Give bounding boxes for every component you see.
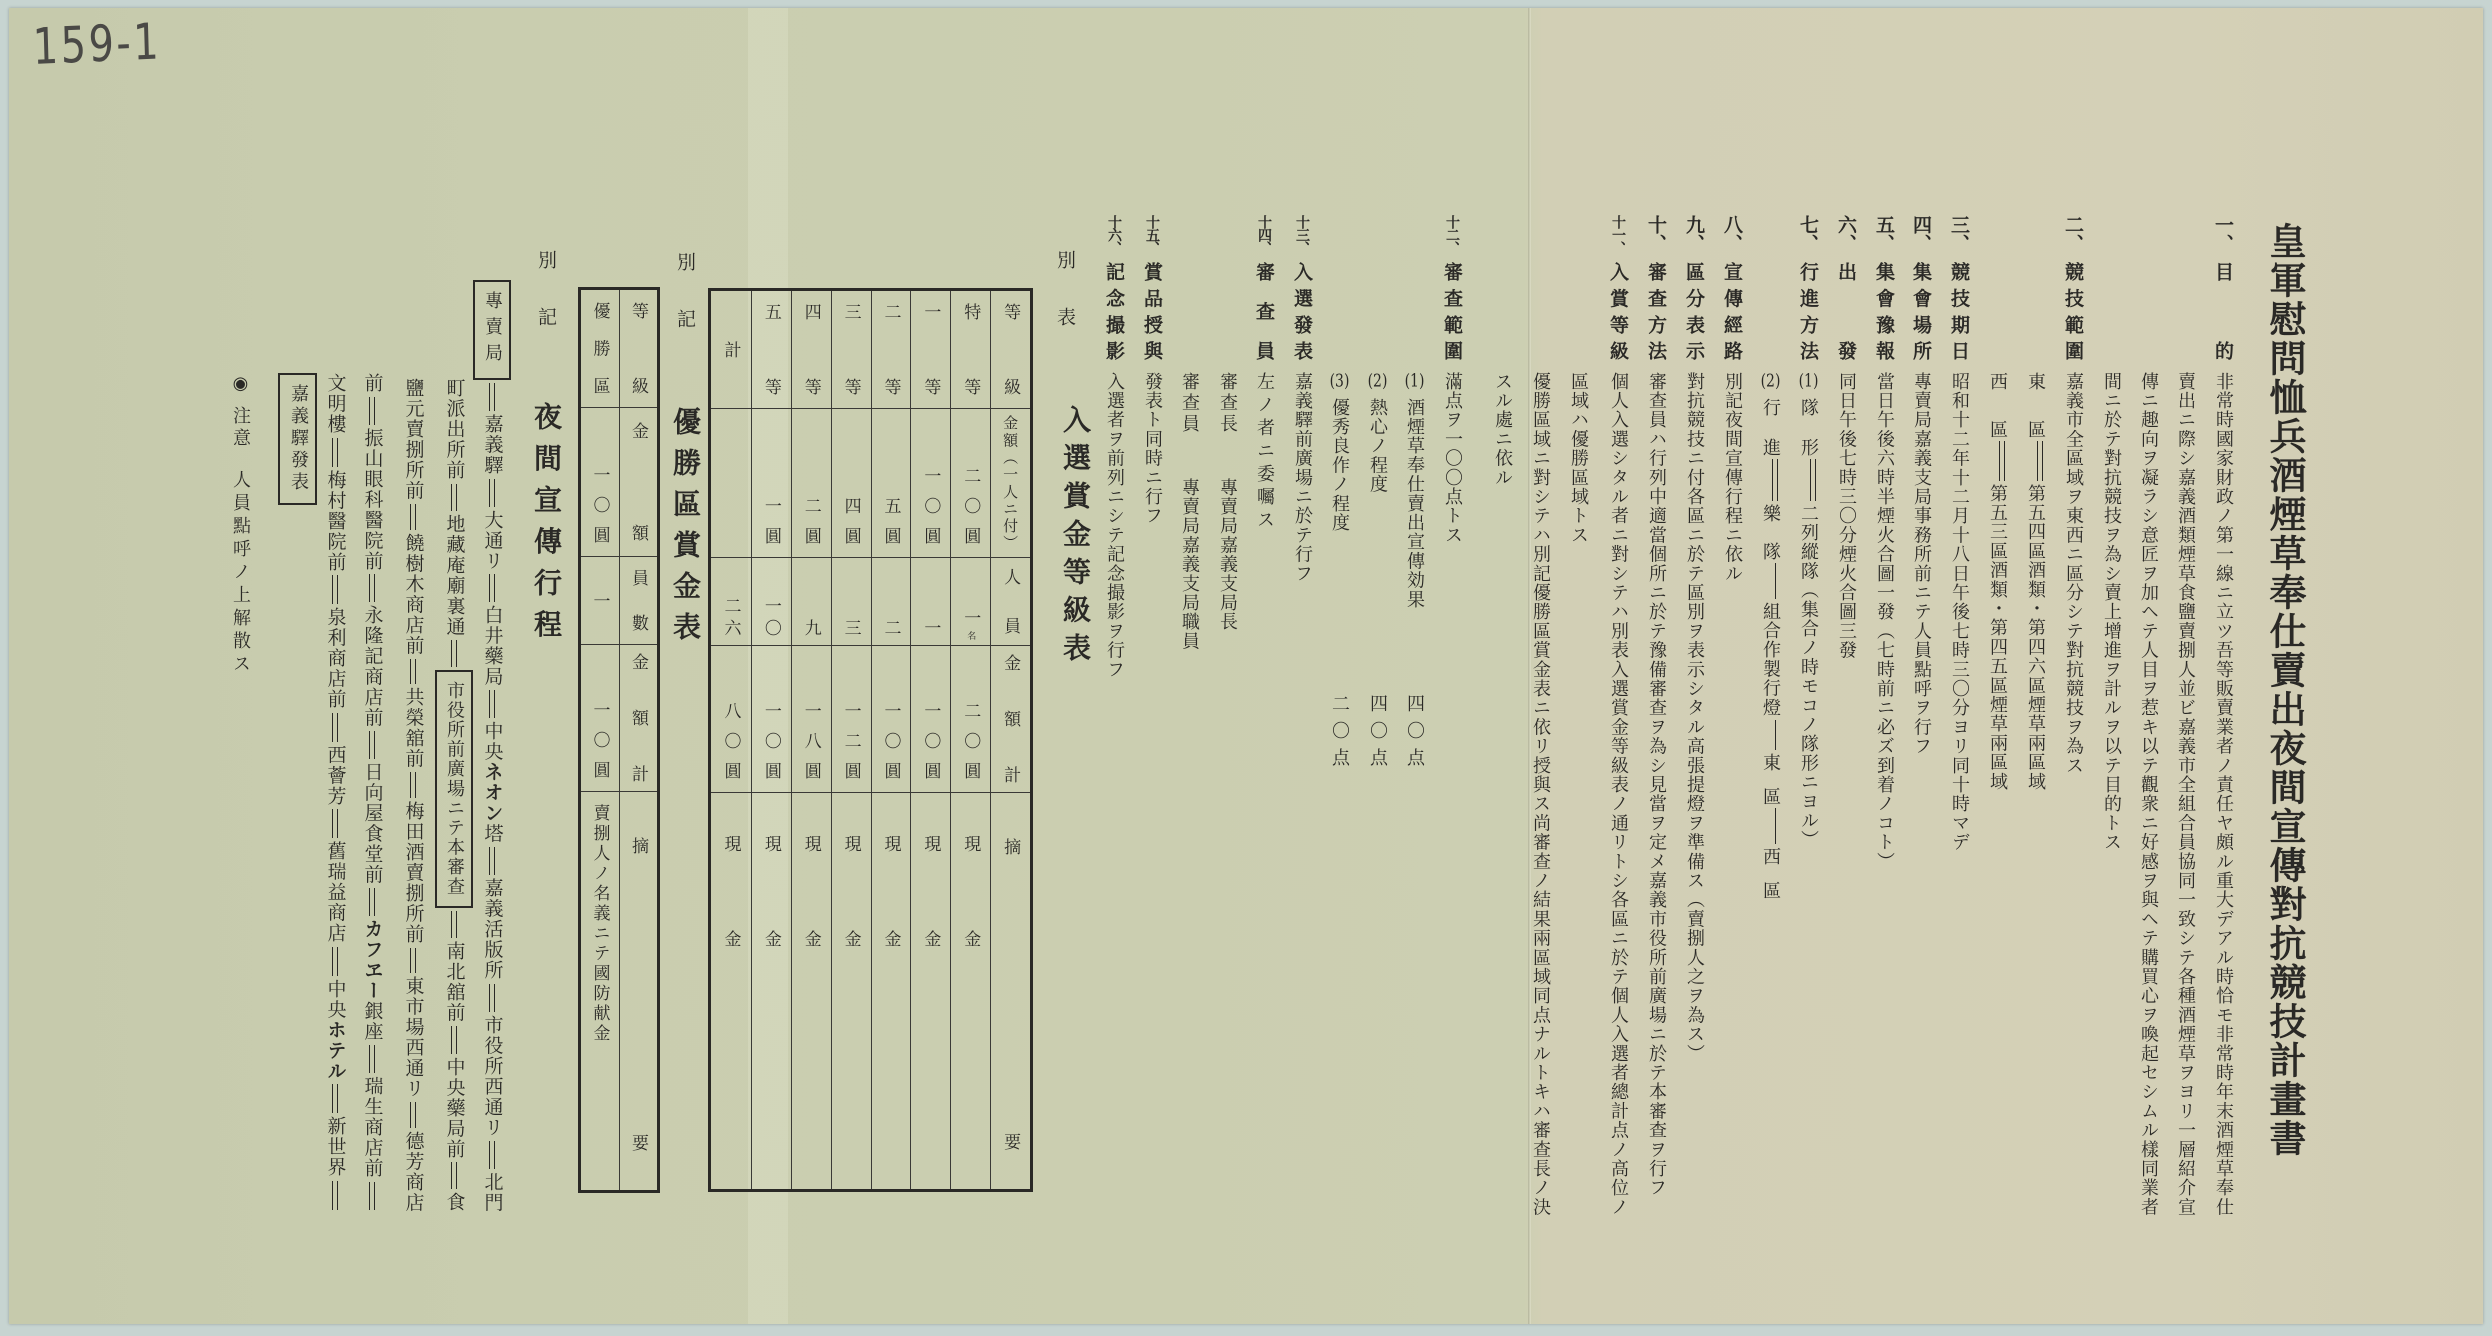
procession-order-item: (2)行進樂隊組合作製行燈東區西區 xyxy=(1757,372,1783,899)
route-stop: 舊瑞益商店 xyxy=(326,841,345,944)
order-east: 東區 xyxy=(1757,753,1783,805)
double-line-connector xyxy=(369,397,375,425)
section-label: 競技範圍 xyxy=(2060,262,2086,360)
count-cell: 一〇 xyxy=(751,558,791,646)
district-west: 西區第五三區酒類・第四五區煙草兩區域 xyxy=(1984,372,2010,791)
route-stop: 中央ホテル xyxy=(326,979,345,1082)
remarks: 現金 xyxy=(878,835,903,1025)
section-label: 集會場所 xyxy=(1908,262,1934,360)
section-label: 出發 xyxy=(1833,262,1859,360)
double-line-connector xyxy=(489,1141,495,1169)
section-03-line: 昭和十二年十二月十八日午後七時三〇分ヨリ同十時マデ xyxy=(1946,372,1972,852)
header-count: 人員 xyxy=(998,568,1023,635)
double-line-connector xyxy=(410,1102,416,1128)
header-remarks: 摘要 xyxy=(998,838,1023,1151)
header-cell: 員數 xyxy=(619,557,657,645)
amount-each-cell xyxy=(711,409,751,558)
criterion-text: 熱心ノ程度 xyxy=(1367,398,1388,494)
section-number: 十三、 xyxy=(1289,215,1315,262)
criterion-item: (1)酒煙草奉仕賣出宣傳効果 xyxy=(1401,372,1427,609)
header-remarks: 摘要 xyxy=(626,837,651,1152)
section-08-line: 別記夜間宣傳行程ニ依ル xyxy=(1719,372,1745,583)
route-column-3: 鹽元賣捌所前 饒樹木商店前 共榮舘前 梅田酒賣捌所前 東市場西通リ 德芳商店 xyxy=(398,378,428,1213)
line-connector xyxy=(1775,563,1776,599)
criterion-mark: (1) xyxy=(1404,372,1425,390)
section-09-line: 對抗競技ニ付各區ニ於テ區別ヲ表示シタル高張提燈ヲ準備ス（賣捌人之ヲ為ス） xyxy=(1681,372,1707,1063)
section-15-heading: 十五、賞品授與 xyxy=(1139,215,1165,360)
section-label: 入賞等級 xyxy=(1605,262,1631,360)
district-name: 西區 xyxy=(1984,372,2010,438)
route-stop: 新世界 xyxy=(326,1116,345,1178)
section-label: 審查範圍 xyxy=(1439,262,1465,360)
remarks-cell: 賣捌人ノ名義ニテ國防献金 xyxy=(581,792,619,1190)
amount-total-cell: 一〇圓 xyxy=(910,646,950,793)
count-cell: 九 xyxy=(791,558,831,646)
route-stop: 日向屋食堂前 xyxy=(363,762,382,885)
section-10-heading: 十、審查方法 xyxy=(1643,215,1669,360)
header-amount-total: 金額計 xyxy=(998,654,1023,784)
remarks-cell: 現金 xyxy=(871,793,911,1189)
section-label: 宣傳經路 xyxy=(1719,262,1745,360)
section-02-heading: 二、競技範圍 xyxy=(2060,215,2086,360)
note-text: 人員點呼ノ上解散ス xyxy=(230,470,251,677)
section-number: 六、 xyxy=(1833,215,1859,262)
amount-grand-total: 八〇圓 xyxy=(718,702,743,792)
route-stop: 饒樹木商店前 xyxy=(404,533,423,656)
item-text: 二列縱隊（集合ノ時モコノ隊形ニヨル） xyxy=(1798,504,1819,850)
section-15-line: 發表ト同時ニ行フ xyxy=(1139,372,1165,526)
amount-total: 一〇圓 xyxy=(878,702,903,792)
criterion-item: (3)優秀良作ノ程度 xyxy=(1326,372,1352,532)
amount: 一〇圓 xyxy=(588,466,613,556)
header-grade: 等級 xyxy=(626,302,651,395)
grade-total: 計 xyxy=(718,341,743,359)
header-cell: 摘要 xyxy=(619,792,657,1190)
grade-cell: 二等 xyxy=(871,291,911,409)
amount-each: 二圓 xyxy=(799,497,824,557)
bullet-icon: ◉ xyxy=(230,373,251,394)
section-11-line: 個人入選シタル者ニ對シテハ別表入選賞金等級表ノ通リトシ各區ニ於テ個人入選者總計点… xyxy=(1605,372,1631,1217)
header-count: 員數 xyxy=(626,569,651,632)
header-amount: 金額 xyxy=(626,422,651,542)
count-total: 二六 xyxy=(718,597,743,641)
double-line-connector xyxy=(1772,459,1778,501)
stop-part: 銀座 xyxy=(362,1001,384,1042)
remarks-cell: 現金 xyxy=(950,793,990,1189)
section-01-line: 傳ニ趣向ヲ凝ラシ意匠ヲ加ヘテ人目ヲ惹キ以テ觀衆ニ好感ヲ與ヘテ購買心ヲ喚起セシムル… xyxy=(2135,372,2161,1217)
end-point-box: 嘉義驛發表 xyxy=(278,373,317,505)
section-10-line: 審查員ハ行列中適當個所ニ於テ豫備審查ヲ為シ見當ヲ定メ嘉義市役所前廣場ニ於テ本審查… xyxy=(1643,372,1669,1198)
grade: 五等 xyxy=(759,303,784,396)
remarks: 現金 xyxy=(918,835,943,1025)
amount-total-cell: 二〇圓 xyxy=(950,646,990,793)
double-line-connector xyxy=(332,809,338,838)
section-03-heading: 三、競技期日 xyxy=(1946,215,1972,360)
catalog-number: 159-1 xyxy=(32,12,162,76)
section-06-heading: 六、出發 xyxy=(1833,215,1859,360)
section-label: 集會豫報 xyxy=(1871,262,1897,360)
section-07-heading: 七、行進方法 xyxy=(1795,215,1821,360)
route-stop: 嘉義活版所 xyxy=(483,878,502,981)
prize-grade-table: 等級 金額（一人ニ付） 人員 金額計 摘要 特等 二〇圓 一名 二〇圓 現金 一… xyxy=(708,288,1033,1192)
amount-total: 一八圓 xyxy=(799,702,824,792)
criterion-item: (2)熱心ノ程度 xyxy=(1364,372,1390,494)
section-01-line: 非常時國家財政ノ第一線ニ立ツ吾等販賣業者ノ責任ヤ頗ル重大デアル時恰モ非常時年末酒… xyxy=(2210,372,2236,1217)
note-label: 注意 xyxy=(230,406,251,450)
section-number: 七、 xyxy=(1795,215,1821,262)
amount-total-cell: 八〇圓 xyxy=(711,646,751,793)
remarks: 現金 xyxy=(718,835,743,1025)
double-line-connector xyxy=(332,713,338,742)
route-stop: 前 xyxy=(363,373,382,394)
route-stop: 中央藥局前 xyxy=(445,1057,464,1160)
double-line-connector xyxy=(1999,441,2005,481)
section-11-heading: 十一、入賞等級 xyxy=(1605,215,1631,360)
header-cell: 等級 xyxy=(619,290,657,408)
double-line-connector xyxy=(332,947,338,976)
double-line-connector xyxy=(451,1162,457,1189)
route-stop: 食 xyxy=(445,1192,464,1213)
grade-cell: 一等 xyxy=(910,291,950,409)
count-cell: 一名 xyxy=(950,558,990,646)
spacer xyxy=(1189,432,1190,478)
double-line-connector xyxy=(369,1045,375,1073)
double-line-connector xyxy=(369,888,375,916)
section-13-heading: 十三、入選發表 xyxy=(1289,215,1315,360)
member-name: 專賣局嘉義支局長 xyxy=(1217,478,1238,632)
header-amount-each: 金額（一人ニ付） xyxy=(1000,415,1021,551)
double-line-connector xyxy=(369,1182,375,1210)
district-name: 東區 xyxy=(2022,372,2048,438)
remarks: 現金 xyxy=(799,835,824,1025)
route-stop: 西薈芳 xyxy=(326,745,345,807)
amount-each: 五圓 xyxy=(878,497,903,557)
section-number: 一、 xyxy=(2210,215,2236,262)
route-stop: 鹽元賣捌所前 xyxy=(404,378,423,501)
section-01-line: 間ニ於テ對抗競技ヲ為シ賣上增進ヲ計ルヲ以テ目的トス xyxy=(2098,372,2124,852)
section-label: 審查員 xyxy=(1251,262,1277,360)
header-amount-total: 金額計 xyxy=(626,653,651,783)
grade-cell: 三等 xyxy=(831,291,871,409)
route-stop: 嘉義驛 xyxy=(483,414,502,476)
amount-each-cell: 四圓 xyxy=(831,409,871,558)
amount-total-cell: 一〇圓 xyxy=(581,645,619,792)
route-stop: 共榮舘前 xyxy=(404,687,423,769)
double-line-connector xyxy=(451,911,457,938)
route-stop: 振山眼科醫院前 xyxy=(363,428,382,572)
criterion-points: 二〇点 xyxy=(1326,694,1352,775)
section-05-line: 當日午後六時半煙火合圖一發（七時前ニ必ズ到着ノコト） xyxy=(1871,372,1897,871)
route-stop: 南北舘前 xyxy=(445,941,464,1023)
double-line-connector xyxy=(451,484,457,511)
double-line-connector xyxy=(410,948,416,974)
section-label: 記念撮影 xyxy=(1101,262,1127,360)
remarks: 現金 xyxy=(958,835,983,1025)
member-role: 審查員 xyxy=(1176,372,1202,432)
amount-total-cell: 一八圓 xyxy=(791,646,831,793)
amount-total: 一〇圓 xyxy=(918,702,943,792)
header-cell: 人員 xyxy=(990,558,1030,646)
double-line-connector xyxy=(489,984,495,1012)
line-connector xyxy=(1775,720,1776,750)
route-column-1: 專賣局 嘉義驛 大通リ 白井藥局 中央ネオン塔 嘉義活版所 市役所西通リ 北門 xyxy=(477,280,507,1213)
amount-each-cell: 一圓 xyxy=(751,409,791,558)
amount-each: 二〇圓 xyxy=(958,467,983,557)
section-number: 十二、 xyxy=(1439,215,1465,262)
route-column-5: 文明樓 梅村醫院前 泉利商店前 西薈芳 舊瑞益商店 中央ホテル 新世界 xyxy=(320,373,350,1213)
document-title: 皇軍慰問恤兵酒煙草奉仕賣出夜間宣傳對抗競技計畫書 xyxy=(2263,222,2307,1158)
appendix-label: 別表 xyxy=(1052,250,1078,364)
amount-total-cell: 一〇圓 xyxy=(871,646,911,793)
remarks-cell: 現金 xyxy=(711,793,751,1189)
section-14-heading: 十四、審查員 xyxy=(1251,215,1277,360)
stop-part-emphasis: ネオン xyxy=(482,762,504,824)
section-11-line: 區域ハ優勝區域トス xyxy=(1565,372,1591,545)
dismissal-note: ◉注意人員點呼ノ上解散ス xyxy=(227,373,253,677)
header-grade: 等級 xyxy=(998,303,1023,396)
route-stop: 梅村醫院前 xyxy=(326,470,345,573)
appendix-label: 別記 xyxy=(533,250,559,364)
amount-total-cell: 一二圓 xyxy=(831,646,871,793)
count: 一 xyxy=(588,592,613,610)
double-line-connector xyxy=(1810,459,1816,501)
route-stop: 瑞生商店前 xyxy=(363,1076,382,1179)
item-name: 行進 xyxy=(1757,398,1783,456)
amount-each-cell: 一〇圓 xyxy=(910,409,950,558)
remarks-cell: 現金 xyxy=(910,793,950,1189)
item-mark: (2) xyxy=(1760,372,1781,390)
order-band: 樂隊 xyxy=(1757,504,1783,560)
section-number: 十一、 xyxy=(1605,215,1631,262)
grade: 二等 xyxy=(878,303,903,396)
section-12-line: 滿点ヲ一〇〇点トス xyxy=(1439,372,1465,545)
header-cell: 金額計 xyxy=(619,645,657,792)
stop-part-emphasis: ホテル xyxy=(325,1020,347,1082)
amount-each: 一〇圓 xyxy=(918,467,943,557)
section-label: 行進方法 xyxy=(1795,262,1821,360)
section-04-line: 專賣局嘉義支局事務所前ニテ人員點呼ヲ行フ xyxy=(1908,372,1934,756)
amount-total-cell: 一〇圓 xyxy=(751,646,791,793)
header-cell: 等級 xyxy=(990,291,1030,409)
criterion-text: 酒煙草奉仕賣出宣傳効果 xyxy=(1404,398,1425,609)
double-line-connector xyxy=(489,574,495,602)
route-stop: 北門 xyxy=(483,1172,502,1213)
count: 三 xyxy=(839,619,864,641)
route-stop: 德芳商店 xyxy=(404,1131,423,1213)
section-05-heading: 五、集會豫報 xyxy=(1871,215,1897,360)
header-cell: 金額 xyxy=(619,408,657,557)
grade: 一等 xyxy=(918,303,943,396)
double-line-connector xyxy=(369,731,375,759)
route-stop: 白井藥局 xyxy=(483,605,502,687)
double-line-connector xyxy=(489,847,495,875)
section-16-heading: 十六、記念撮影 xyxy=(1101,215,1127,360)
remarks: 現金 xyxy=(759,835,784,1025)
district-east: 東區第五四區酒類・第四六區煙草兩區域 xyxy=(2022,372,2048,791)
section-16-line: 入選者ヲ前列ニシテ記念撮影ヲ行フ xyxy=(1101,372,1127,679)
stop-part-emphasis: カフヱー xyxy=(362,919,384,1001)
stop-part: 中央 xyxy=(325,979,347,1020)
section-number: 五、 xyxy=(1871,215,1897,262)
section-11-line: スル處ニ依ル xyxy=(1489,372,1515,487)
remarks-cell: 現金 xyxy=(831,793,871,1189)
order-west: 西區 xyxy=(1757,847,1783,899)
route-stop: 泉利商店前 xyxy=(326,607,345,710)
section-number: 十五、 xyxy=(1139,215,1165,262)
section-number: 八、 xyxy=(1719,215,1745,262)
double-line-connector xyxy=(410,772,416,798)
criterion-points: 四〇点 xyxy=(1401,694,1427,775)
double-line-connector xyxy=(332,438,338,467)
grade-cell: 特等 xyxy=(950,291,990,409)
section-number: 四、 xyxy=(1908,215,1934,262)
appendix-label: 別記 xyxy=(672,252,698,366)
amount-each: 一圓 xyxy=(759,497,784,557)
district-text: 第五三區酒類・第四五區煙草兩區域 xyxy=(1987,484,2008,791)
section-12-heading: 十二、審查範圍 xyxy=(1439,215,1465,360)
double-line-connector xyxy=(332,1181,338,1210)
route-title: 夜間宣傳行程 xyxy=(526,402,566,651)
section-number: 十、 xyxy=(1643,215,1669,262)
start-point-box: 專賣局 xyxy=(473,280,511,380)
section-number: 十六、 xyxy=(1101,215,1127,262)
section-14-line: 左ノ者ニ委囑ス xyxy=(1251,372,1277,533)
section-label: 入選發表 xyxy=(1289,262,1315,360)
count: 一〇 xyxy=(759,597,784,641)
amount-cell: 一〇圓 xyxy=(581,408,619,557)
count-cell: 三 xyxy=(831,558,871,646)
double-line-connector xyxy=(489,479,495,507)
criterion-mark: (3) xyxy=(1329,372,1350,390)
judging-point-box: 市役所前廣場ニテ本審查 xyxy=(435,670,473,908)
route-stop: 市役所西通リ xyxy=(483,1015,502,1138)
section-number: 二、 xyxy=(2060,215,2086,262)
route-column-2: 町派出所前 地藏庵廟裏通 市役所前廣場ニテ本審查 南北舘前 中央藥局前 食 xyxy=(435,378,473,1213)
prize-table-title: 入選賞金等級表 xyxy=(1055,405,1095,671)
grade: 優勝區 xyxy=(588,302,613,395)
member-role: 審查長 xyxy=(1214,372,1240,432)
grade-cell: 計 xyxy=(711,291,751,409)
amount-each-cell: 二圓 xyxy=(791,409,831,558)
district-text: 第五四區酒類・第四六區煙草兩區域 xyxy=(2025,484,2046,791)
amount-each-cell: 二〇圓 xyxy=(950,409,990,558)
grade: 三等 xyxy=(839,303,864,396)
section-label: 審查方法 xyxy=(1643,262,1669,360)
route-stop: カフヱー銀座 xyxy=(363,919,382,1042)
criterion-points: 四〇点 xyxy=(1364,694,1390,775)
route-stop: 梅田酒賣捌所前 xyxy=(404,801,423,945)
route-stop: 中央ネオン塔 xyxy=(483,721,502,844)
section-01-line: 賣出ニ際シ嘉義酒類煙草食鹽賣捌人並ビ嘉義市全組合員協同一致シテ各種酒煙草ヲヨリ一… xyxy=(2172,372,2198,1217)
double-line-connector xyxy=(451,640,457,667)
grade: 特等 xyxy=(958,303,983,396)
section-06-line: 同日午後七時三〇分煙火合圖三發 xyxy=(1833,372,1859,660)
count-cell: 二 xyxy=(871,558,911,646)
remarks-cell: 現金 xyxy=(791,793,831,1189)
item-mark: (1) xyxy=(1798,372,1819,390)
count-cell: 一 xyxy=(910,558,950,646)
remarks: 賣捌人ノ名義ニテ國防献金 xyxy=(588,804,613,1044)
section-label: 賞品授與 xyxy=(1139,262,1165,360)
stop-part: 塔 xyxy=(482,824,504,845)
section-01-heading: 一、目的 xyxy=(2210,215,2236,360)
remarks: 現金 xyxy=(839,835,864,1025)
section-08-heading: 八、宣傳經路 xyxy=(1719,215,1745,360)
item-name: 隊形 xyxy=(1795,398,1821,456)
route-stop: 大通リ xyxy=(483,510,502,572)
amount-each-cell: 五圓 xyxy=(871,409,911,558)
section-label: 競技期日 xyxy=(1946,262,1972,360)
double-line-connector xyxy=(489,383,495,411)
order-lanterns: 組合作製行燈 xyxy=(1760,602,1781,717)
winning-district-table: 等級 金額 員數 金額計 摘要 優勝區 一〇圓 一 一〇圓 賣捌人ノ名義ニテ國防… xyxy=(578,287,660,1193)
amount-total: 二〇圓 xyxy=(958,702,983,792)
amount-each: 四圓 xyxy=(839,497,864,557)
section-number: 三、 xyxy=(1946,215,1972,262)
route-stop: 地藏庵廟裏通 xyxy=(445,514,464,637)
double-line-connector xyxy=(451,1026,457,1053)
grade-cell: 五等 xyxy=(751,291,791,409)
grade: 四等 xyxy=(799,303,824,396)
spacer xyxy=(1227,432,1228,478)
double-line-connector xyxy=(369,574,375,602)
amount-total: 一〇圓 xyxy=(759,702,784,792)
double-line-connector xyxy=(332,575,338,604)
count: 一 xyxy=(958,609,983,631)
header-cell: 金額（一人ニ付） xyxy=(990,409,1030,558)
grade-cell: 優勝區 xyxy=(581,290,619,408)
criterion-text: 優秀良作ノ程度 xyxy=(1329,398,1350,532)
double-line-connector xyxy=(332,1084,338,1113)
route-stop: 町派出所前 xyxy=(445,378,464,481)
route-column-4: 前 振山眼科醫院前 永隆記商店前 日向屋食堂前 カフヱー銀座 瑞生商店前 xyxy=(357,373,387,1213)
route-stop: 永隆記商店前 xyxy=(363,605,382,728)
count: 一 xyxy=(918,619,943,641)
section-13-line: 嘉義驛前廣場ニ於テ行フ xyxy=(1289,372,1315,583)
grade-cell: 四等 xyxy=(791,291,831,409)
route-stop: 東市場西通リ xyxy=(404,976,423,1099)
section-number: 十四、 xyxy=(1251,215,1277,262)
stop-part: 中央 xyxy=(482,721,504,762)
winner-table-title: 優勝區賞金表 xyxy=(665,407,705,653)
section-label: 區分表示 xyxy=(1681,262,1707,360)
count-cell: 二六 xyxy=(711,558,751,646)
count-unit: 名 xyxy=(964,631,977,641)
criterion-mark: (2) xyxy=(1367,372,1388,390)
remarks-cell: 現金 xyxy=(751,793,791,1189)
amount-total: 一〇圓 xyxy=(588,701,613,791)
member-name: 專賣局嘉義支局職員 xyxy=(1179,478,1200,651)
line-connector xyxy=(1775,808,1776,844)
count: 二 xyxy=(878,619,903,641)
double-line-connector xyxy=(410,659,416,685)
section-11-line: 優勝區域ニ對シテハ別記優勝區賞金表ニ依リ授與ス尚審查ノ結果兩區域同点ナルトキハ審… xyxy=(1527,372,1553,1217)
judge-staff: 審查員專賣局嘉義支局職員 xyxy=(1176,372,1202,651)
section-label: 目的 xyxy=(2210,262,2236,360)
header-cell: 金額計 xyxy=(990,646,1030,793)
route-stop: 文明樓 xyxy=(326,373,345,435)
double-line-connector xyxy=(489,690,495,718)
section-04-heading: 四、集會場所 xyxy=(1908,215,1934,360)
double-line-connector xyxy=(410,504,416,530)
section-number: 九、 xyxy=(1681,215,1707,262)
amount-total: 一二圓 xyxy=(839,702,864,792)
section-09-heading: 九、區分表示 xyxy=(1681,215,1707,360)
header-cell: 摘要 xyxy=(990,793,1030,1189)
formation-item: (1)隊形二列縱隊（集合ノ時モコノ隊形ニヨル） xyxy=(1795,372,1821,850)
count-cell: 一 xyxy=(581,557,619,645)
count: 九 xyxy=(799,619,824,641)
